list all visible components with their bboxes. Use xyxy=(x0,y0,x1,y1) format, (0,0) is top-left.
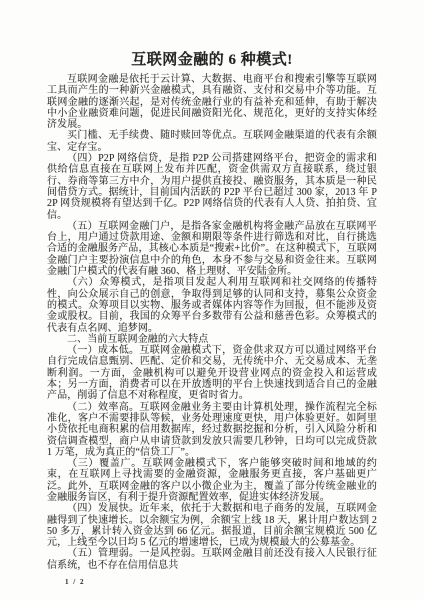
paragraph-channel-tail: 买门槛、无手续费、随时赎回等优点。互联网金融渠道的代表有余额宝、定存宝。 xyxy=(47,130,377,153)
paragraph-low-cost: （一）成本低。互联网金融模式下，资金供求双方可以通过网络平台自行完成信息甄别、匹… xyxy=(47,345,377,401)
paragraph-fast-growth: （四）发展快。近年来，依托于大数据和电子商务的发展，互联网金融得到了快速增长。以… xyxy=(47,503,377,548)
paragraph-wide-coverage: （三）覆盖广。互联网金融模式下，客户能够突破时间和地域的约束，在互联网上寻找需要… xyxy=(47,458,377,503)
paragraph-p2p-credit: （四）P2P 网络信贷，是指 P2P 公司搭建网络平台，把资金的需求和供给信息直… xyxy=(47,153,377,221)
page-indicator: 1 / 2 xyxy=(65,578,377,586)
paragraph-crowdfunding: （六）众筹模式，是指项目发起人利用互联网和社交网络的传播特性，向公众展示自己的创… xyxy=(47,277,377,333)
paragraph-high-efficiency: （二）效率高。互联网金融业务主要由计算机处理，操作流程完全标准化，客户不需要排队… xyxy=(47,402,377,458)
document-body: 互联网金融是依托于云计算、大数据、电商平台和搜索引擎等互联网工具而产生的一种新兴… xyxy=(47,74,377,571)
paragraph-intro: 互联网金融是依托于云计算、大数据、电商平台和搜索引擎等互联网工具而产生的一种新兴… xyxy=(47,74,377,130)
paragraph-finance-portal: （五）互联网金融门户，是指各家金融机构将金融产品放在互联网平台上，用户通过贷款用… xyxy=(47,221,377,277)
paragraph-weak-management: （五）管理弱。一是风控弱。互联网金融目前还没有接入人民银行征信系统，也不存在信用… xyxy=(47,548,377,571)
page-title: 互联网金融的 6 种模式! xyxy=(47,51,377,70)
document-page: 互联网金融的 6 种模式! 互联网金融是依托于云计算、大数据、电商平台和搜索引擎… xyxy=(0,0,424,600)
heading-six-features: 二、当前互联网金融的六大特点 xyxy=(47,334,377,345)
